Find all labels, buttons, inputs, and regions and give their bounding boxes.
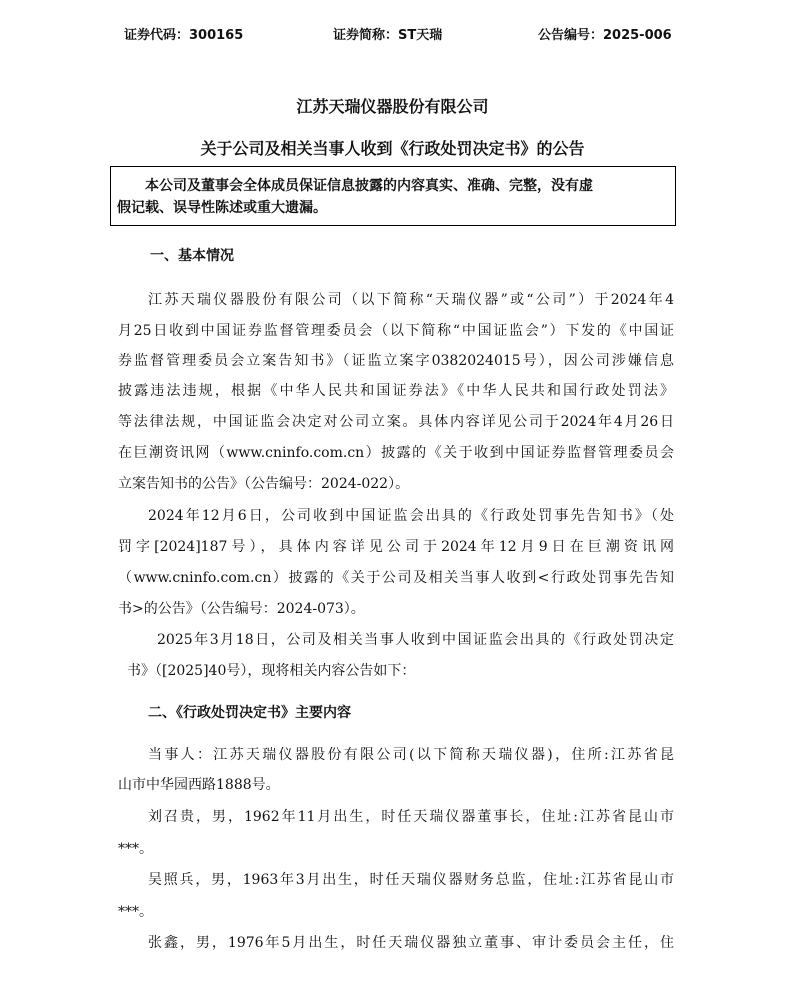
para3-line: 书》（[2025]40号），现将相关内容公告如下： — [127, 660, 683, 680]
company-title: 江苏天瑞仪器股份有限公司 — [0, 94, 785, 117]
party-line: 吴照兵，男，1963年3月出生，时任天瑞仪器财务总监，住址:江苏省昆山市 — [148, 869, 674, 889]
announcement-subject: 关于公司及相关当事人收到《行政处罚决定书》的公告 — [0, 136, 785, 159]
disclosure-notice-box: 本公司及董事会全体成员保证信息披露的内容真实、准确、完整，没有虚 假记载、误导性… — [110, 166, 676, 226]
para2-line: （www.cninfo.com.cn）披露的《关于公司及相关当事人收到<行政处罚… — [118, 567, 674, 587]
party-line: 山市中华园西路1888号。 — [118, 774, 674, 794]
section-heading-decision: 二、《行政处罚决定书》主要内容 — [148, 702, 704, 722]
party-line: 刘召贵，男，1962年11月出生，时任天瑞仪器董事长，住址:江苏省昆山市 — [148, 806, 674, 826]
header-stock-abbr: 证券简称：ST天瑞 — [333, 24, 442, 43]
para3-line: 2025年3月18日，公司及相关当事人收到中国证监会出具的《行政处罚决定 — [157, 629, 674, 649]
party-line: 当事人：江苏天瑞仪器股份有限公司(以下简称天瑞仪器)，住所:江苏省昆 — [148, 744, 674, 764]
para1-line: 披露违法违规，根据《中华人民共和国证券法》《中华人民共和国行政处罚法》 — [118, 380, 674, 400]
para1-line: 券监督管理委员会立案告知书》（证监立案字0382024015号），因公司涉嫌信息 — [118, 350, 674, 370]
party-line: ***。 — [118, 838, 674, 858]
party-line: 张鑫，男，1976年5月出生，时任天瑞仪器独立董事、审计委员会主任，住 — [148, 932, 674, 952]
party-line: ***。 — [118, 901, 674, 921]
para2-line: 罚字[2024]187号），具体内容详见公司于2024年12月9日在巨潮资讯网 — [118, 536, 674, 556]
para1-line: 月25日收到中国证券监督管理委员会（以下简称“中国证监会”）下发的《中国证 — [118, 320, 674, 340]
header-announcement-no: 公告编号：2025-006 — [538, 24, 672, 43]
para1-line: 等法律法规，中国证监会决定对公司立案。具体内容详见公司于2024年4月26日 — [118, 411, 674, 431]
section-heading-basic: 一、基本情况 — [150, 245, 706, 265]
notice-line-2: 假记载、误导性陈述或重大遗漏。 — [117, 197, 671, 219]
para2-line: 2024年12月6日，公司收到中国证监会出具的《行政处罚事先告知书》（处 — [148, 505, 674, 525]
notice-line-1: 本公司及董事会全体成员保证信息披露的内容真实、准确、完整，没有虚 — [117, 175, 671, 197]
para1-line: 在巨潮资讯网（www.cninfo.com.cn）披露的《关于收到中国证券监督管… — [118, 442, 674, 462]
header-stock-code: 证券代码：300165 — [124, 24, 243, 43]
para2-line: 书>的公告》（公告编号：2024-073）。 — [118, 598, 674, 618]
para1-line: 立案告知书的公告》（公告编号：2024-022）。 — [118, 473, 674, 493]
para1-line: 江苏天瑞仪器股份有限公司（以下简称“天瑞仪器”或“公司”）于2024年4 — [148, 289, 674, 309]
